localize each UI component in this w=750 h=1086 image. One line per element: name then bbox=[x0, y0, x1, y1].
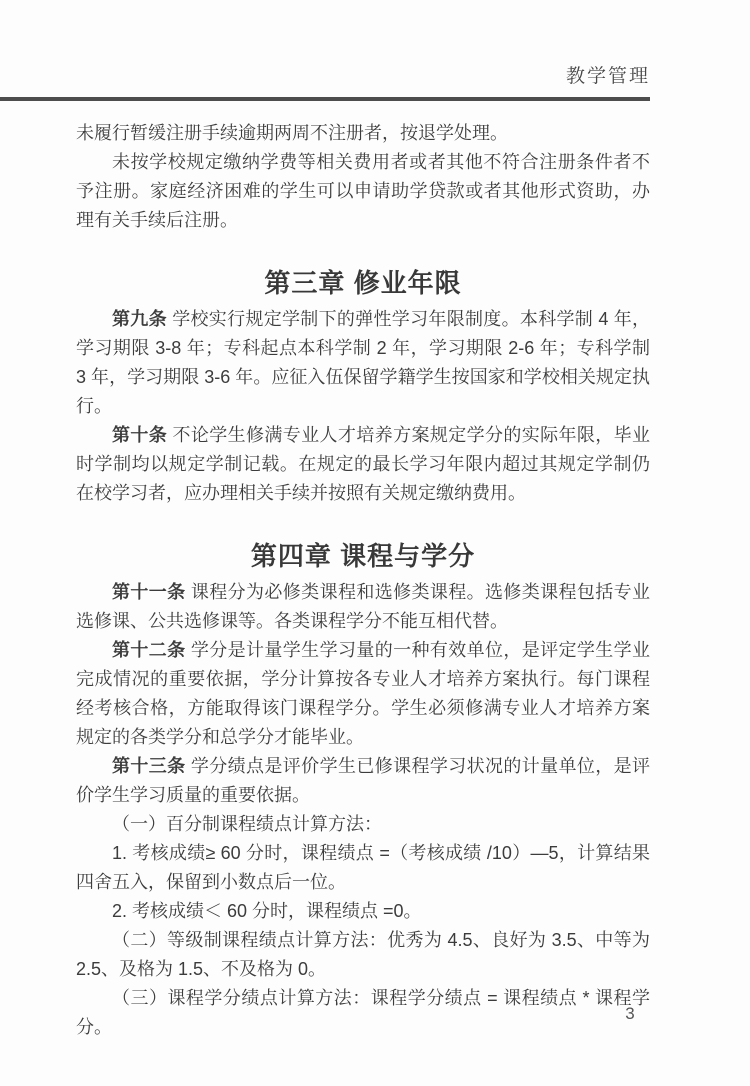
article-number-label: 第九条 bbox=[112, 309, 167, 329]
header-divider-rule bbox=[0, 97, 650, 101]
chapter-heading: 第四章 课程与学分 bbox=[76, 538, 650, 574]
article-number-label: 第十二条 bbox=[112, 640, 186, 660]
paragraph: （二）等级制课程绩点计算方法：优秀为 4.5、良好为 3.5、中等为 2.5、及… bbox=[76, 926, 650, 984]
paragraph: 第十条 不论学生修满专业人才培养方案规定学分的实际年限，毕业时学制均以规定学制记… bbox=[76, 421, 650, 508]
paragraph-text: （一）百分制课程绩点计算方法： bbox=[112, 814, 382, 834]
paragraph: （一）百分制课程绩点计算方法： bbox=[76, 810, 650, 839]
paragraph-text: 2. 考核成绩＜ 60 分时，课程绩点 =0。 bbox=[112, 901, 422, 921]
article-number-label: 第十三条 bbox=[112, 756, 186, 776]
page-number: 3 bbox=[610, 1004, 650, 1024]
article-number-label: 第十一条 bbox=[112, 582, 186, 602]
paragraph: 第十二条 学分是计量学生学习量的一种有效单位，是评定学生学业完成情况的重要依据，… bbox=[76, 636, 650, 752]
running-header-title: 教学管理 bbox=[566, 61, 650, 88]
paragraph: 第九条 学校实行规定学制下的弹性学习年限制度。本科学制 4 年，学习期限 3-8… bbox=[76, 305, 650, 421]
paragraph-text: （二）等级制课程绩点计算方法：优秀为 4.5、良好为 3.5、中等为 2.5、及… bbox=[76, 930, 650, 979]
paragraph-text: 未履行暂缓注册手续逾期两周不注册者，按退学处理。 bbox=[76, 123, 508, 143]
paragraph: 2. 考核成绩＜ 60 分时，课程绩点 =0。 bbox=[76, 897, 650, 926]
paragraph-text: 1. 考核成绩≥ 60 分时，课程绩点 =（考核成绩 /10）—5，计算结果四舍… bbox=[76, 843, 650, 892]
paragraph: （三）课程学分绩点计算方法：课程学分绩点 = 课程绩点 * 课程学分。 bbox=[76, 984, 650, 1042]
paragraph: 第十三条 学分绩点是评价学生已修课程学习状况的计量单位，是评价学生学习质量的重要… bbox=[76, 752, 650, 810]
paragraph-text: （三）课程学分绩点计算方法：课程学分绩点 = 课程绩点 * 课程学分。 bbox=[76, 988, 650, 1037]
paragraph-text: 未按学校规定缴纳学费等相关费用者或者其他不符合注册条件者不予注册。家庭经济困难的… bbox=[76, 152, 650, 230]
document-body: 未履行暂缓注册手续逾期两周不注册者，按退学处理。未按学校规定缴纳学费等相关费用者… bbox=[76, 119, 650, 1042]
paragraph: 第十一条 课程分为必修类课程和选修类课程。选修类课程包括专业选修课、公共选修课等… bbox=[76, 578, 650, 636]
paragraph: 未按学校规定缴纳学费等相关费用者或者其他不符合注册条件者不予注册。家庭经济困难的… bbox=[76, 148, 650, 235]
document-page: 教学管理 未履行暂缓注册手续逾期两周不注册者，按退学处理。未按学校规定缴纳学费等… bbox=[0, 0, 750, 1086]
chapter-heading: 第三章 修业年限 bbox=[76, 265, 650, 301]
paragraph: 1. 考核成绩≥ 60 分时，课程绩点 =（考核成绩 /10）—5，计算结果四舍… bbox=[76, 839, 650, 897]
article-number-label: 第十条 bbox=[112, 425, 167, 445]
paragraph: 未履行暂缓注册手续逾期两周不注册者，按退学处理。 bbox=[76, 119, 650, 148]
